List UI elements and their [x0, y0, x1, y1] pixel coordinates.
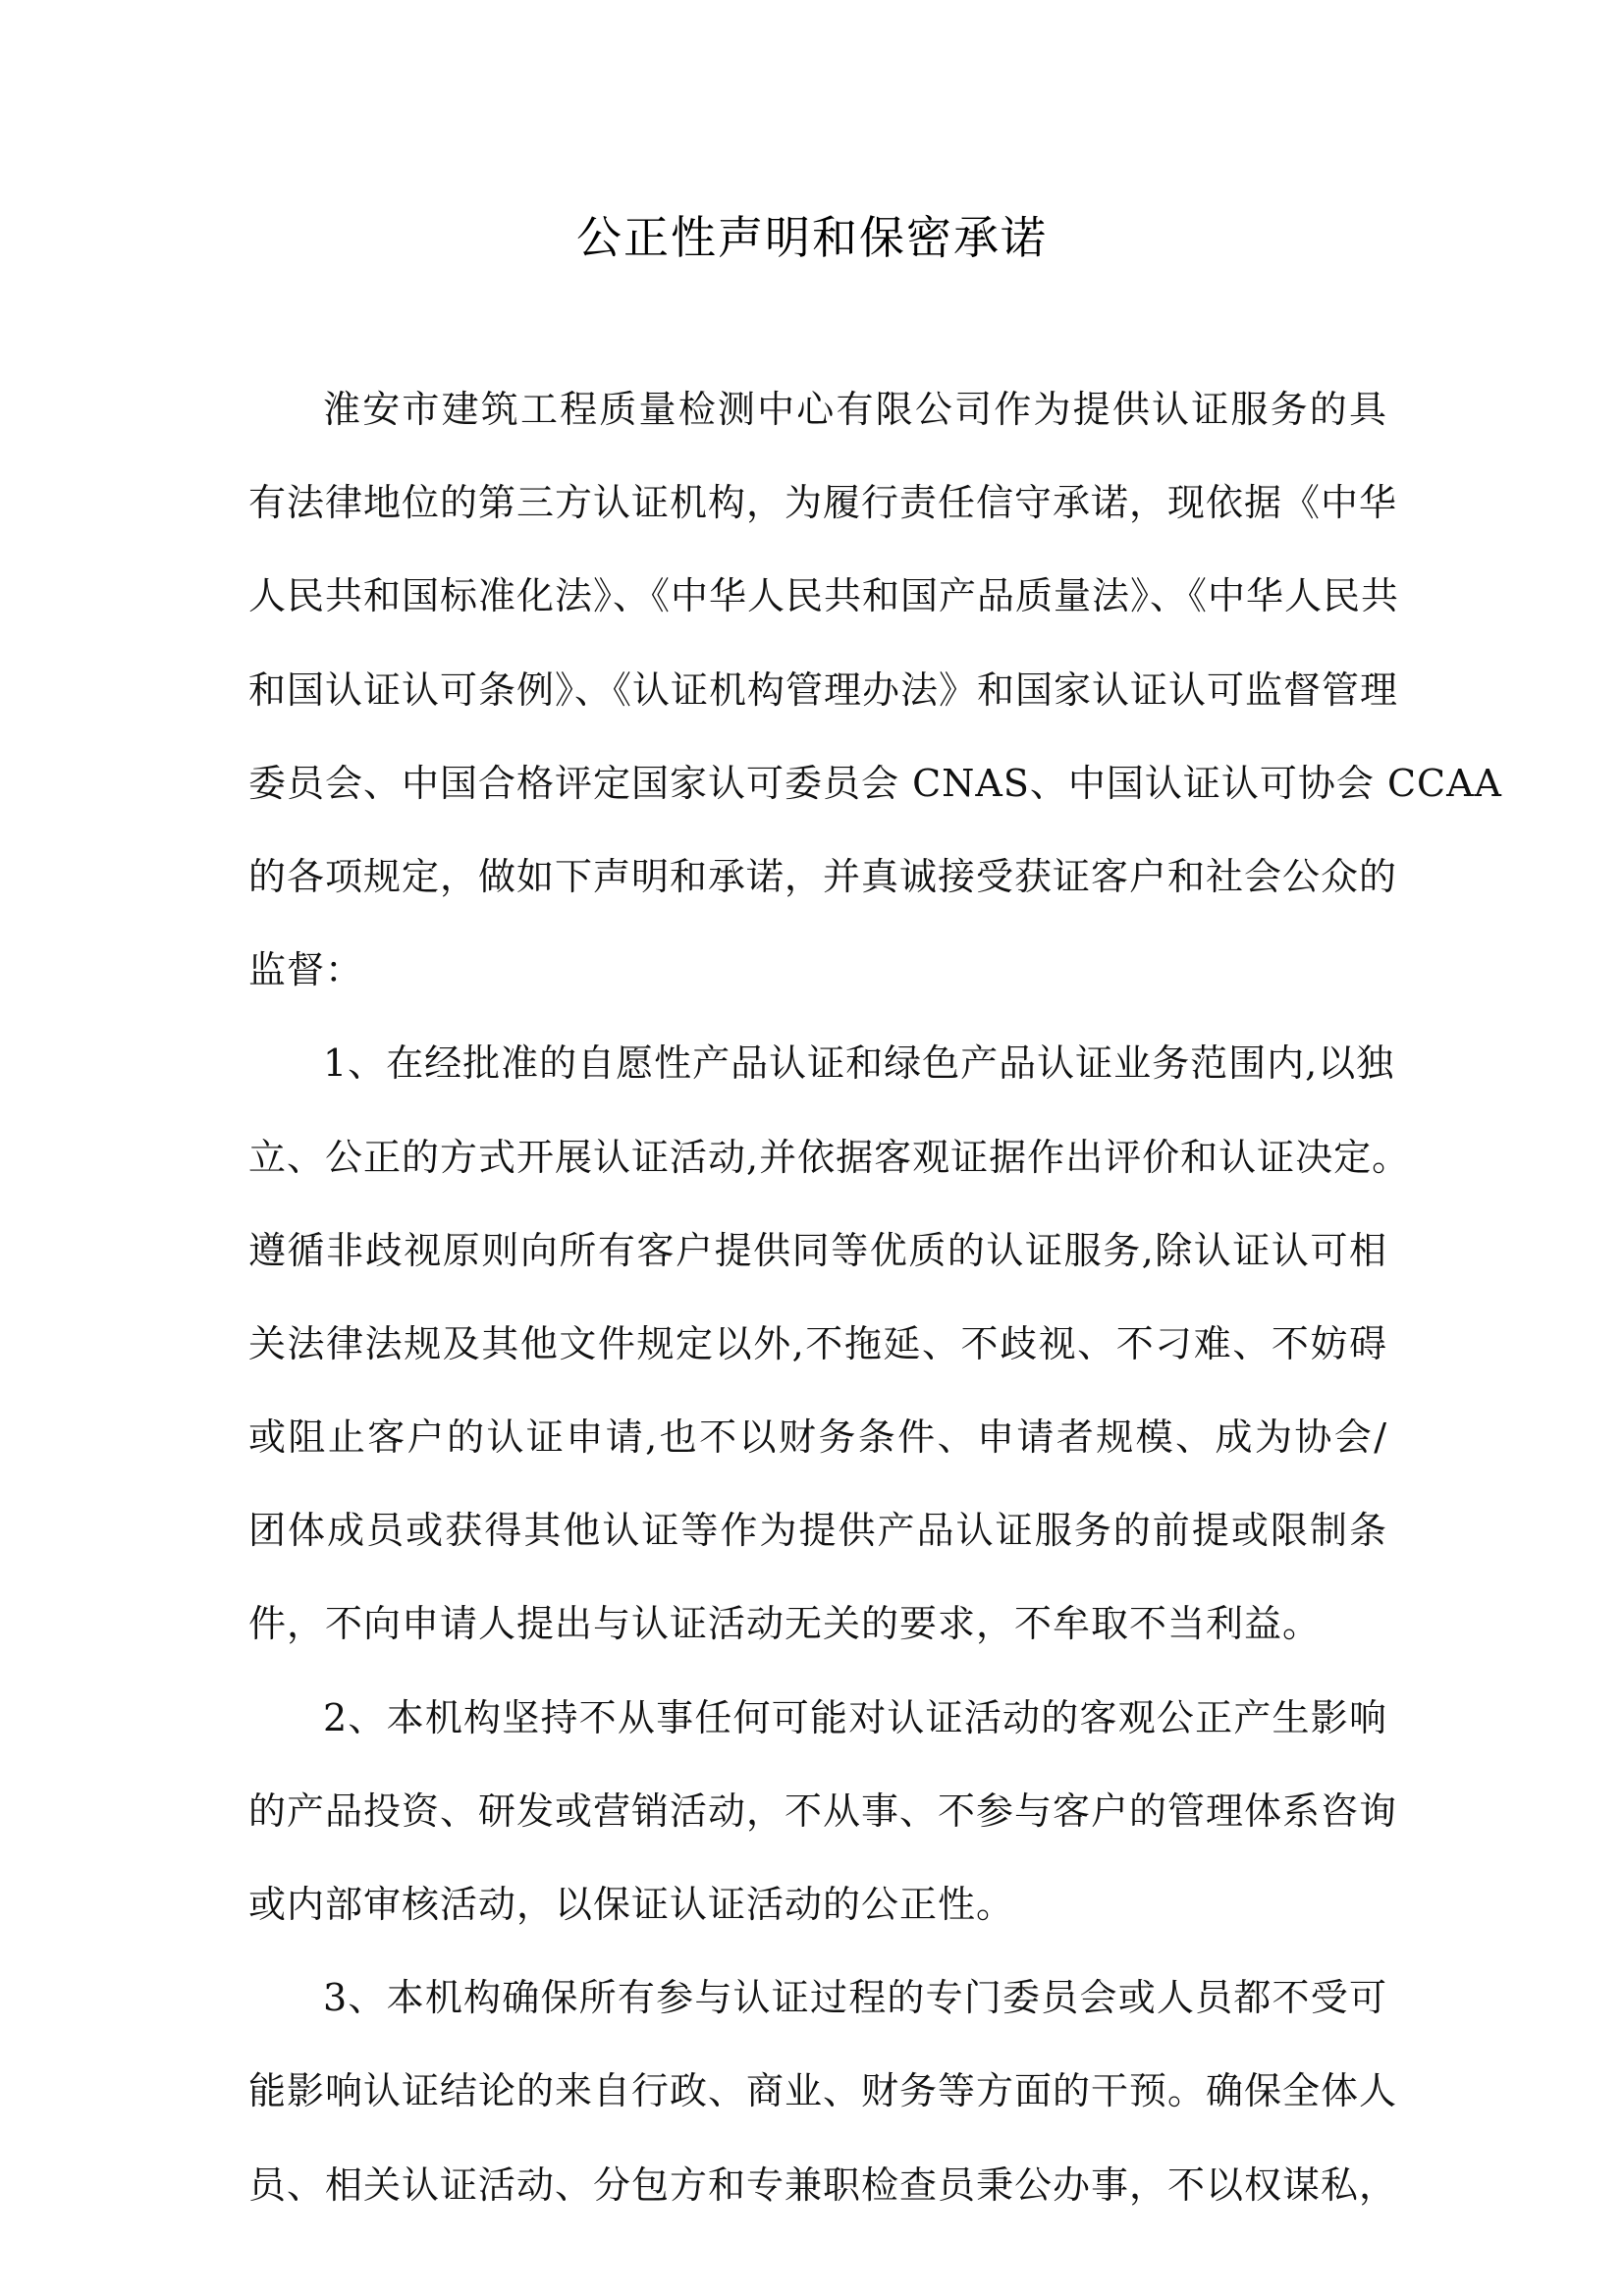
text-line: 的产品投资、研发或营销活动，不从事、不参与客户的管理体系咨询 — [248, 1787, 1387, 1880]
document-body: 淮安市建筑工程质量检测中心有限公司作为提供认证服务的具 有法律地位的第三方认证机… — [248, 385, 1387, 2254]
text-line: 3、本机构确保所有参与认证过程的专门委员会或人员都不受可 — [248, 1973, 1387, 2066]
text-line: 的各项规定，做如下声明和承诺，并真诚接受获证客户和社会公众的 — [248, 852, 1387, 945]
text-line: 能影响认证结论的来自行政、商业、财务等方面的干预。确保全体人 — [248, 2066, 1387, 2160]
text-line: 团体成员或获得其他认证等作为提供产品认证服务的前提或限制条 — [248, 1506, 1387, 1599]
text-line: 员、相关认证活动、分包方和专兼职检查员秉公办事，不以权谋私， — [248, 2161, 1387, 2254]
paragraph-item-3: 3、本机构确保所有参与认证过程的专门委员会或人员都不受可 能影响认证结论的来自行… — [248, 1973, 1387, 2254]
text-line: 委员会、中国合格评定国家认可委员会 CNAS、中国认证认可协会 CCAA — [248, 759, 1387, 852]
text-line: 遵循非歧视原则向所有客户提供同等优质的认证服务,除认证认可相 — [248, 1226, 1387, 1319]
paragraph-item-1: 1、在经批准的自愿性产品认证和绿色产品认证业务范围内,以独 立、公正的方式开展认… — [248, 1039, 1387, 1692]
text-line: 2、本机构坚持不从事任何可能对认证活动的客观公正产生影响 — [248, 1693, 1387, 1787]
text-line: 有法律地位的第三方认证机构，为履行责任信守承诺，现依据《中华 — [248, 478, 1387, 571]
text-line: 淮安市建筑工程质量检测中心有限公司作为提供认证服务的具 — [248, 385, 1387, 478]
text-line: 或阻止客户的认证申请,也不以财务条件、申请者规模、成为协会/ — [248, 1413, 1387, 1506]
text-line: 件，不向申请人提出与认证活动无关的要求，不牟取不当利益。 — [248, 1599, 1387, 1692]
text-line: 或内部审核活动，以保证认证活动的公正性。 — [248, 1880, 1387, 1973]
paragraph-preamble: 淮安市建筑工程质量检测中心有限公司作为提供认证服务的具 有法律地位的第三方认证机… — [248, 385, 1387, 1039]
text-line: 监督： — [248, 945, 1387, 1039]
text-line: 关法律法规及其他文件规定以外,不拖延、不歧视、不刁难、不妨碍 — [248, 1319, 1387, 1413]
paragraph-item-2: 2、本机构坚持不从事任何可能对认证活动的客观公正产生影响 的产品投资、研发或营销… — [248, 1693, 1387, 1974]
text-line: 立、公正的方式开展认证活动,并依据客观证据作出评价和认证决定。 — [248, 1133, 1387, 1226]
document-title: 公正性声明和保密承诺 — [0, 208, 1624, 267]
text-line: 1、在经批准的自愿性产品认证和绿色产品认证业务范围内,以独 — [248, 1039, 1387, 1132]
text-line: 人民共和国标准化法》、《中华人民共和国产品质量法》、《中华人民共 — [248, 571, 1387, 665]
document-page: 公正性声明和保密承诺 淮安市建筑工程质量检测中心有限公司作为提供认证服务的具 有… — [0, 0, 1624, 2296]
text-line: 和国认证认可条例》、《认证机构管理办法》和国家认证认可监督管理 — [248, 666, 1387, 759]
